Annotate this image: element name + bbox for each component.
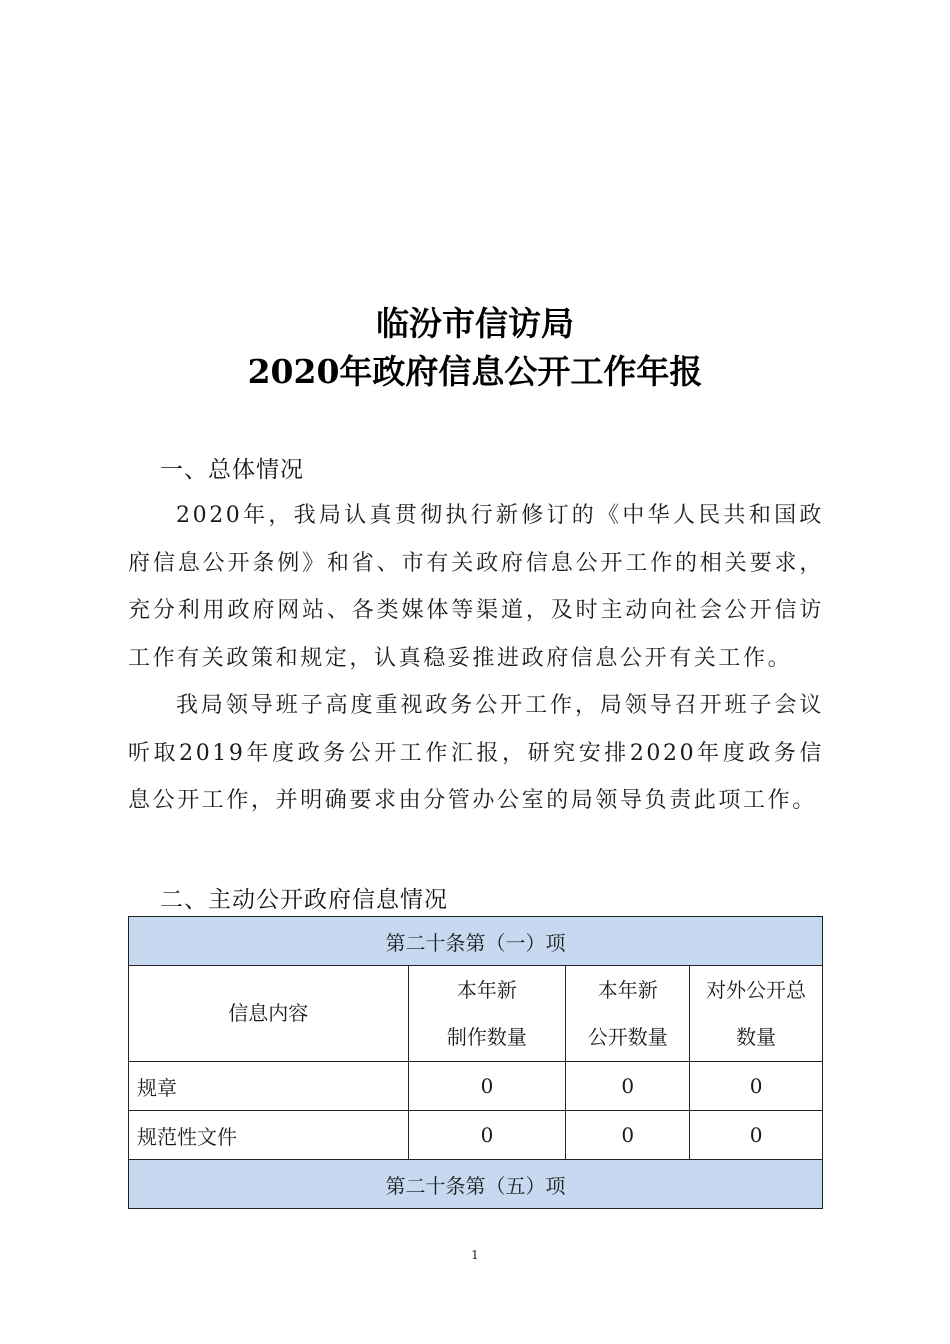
table-row: 规范性文件 0 0 0: [129, 1111, 823, 1160]
page-number: 1: [0, 1248, 950, 1262]
cell-total-published: 0: [690, 1111, 823, 1160]
cell-new-published: 0: [566, 1111, 690, 1160]
column-header-new-published: 本年新 公开数量: [566, 966, 690, 1062]
table-section-row: 第二十条第（一）项: [129, 917, 823, 966]
table-section-title-1: 第二十条第（一）项: [129, 917, 823, 966]
column-header-new-published-line1: 本年新: [574, 967, 681, 1014]
table-row: 规章 0 0 0: [129, 1062, 823, 1111]
column-header-new-made-line2: 制作数量: [417, 1014, 558, 1061]
column-header-total-published-line1: 对外公开总: [698, 967, 814, 1014]
column-header-total-published-line2: 数量: [698, 1014, 814, 1061]
section-heading-proactive-disclosure: 二、主动公开政府信息情况: [160, 881, 448, 914]
column-header-total-published: 对外公开总 数量: [690, 966, 823, 1062]
document-title-line2: 2020年政府信息公开工作年报: [0, 346, 950, 393]
disclosure-table: 第二十条第（一）项 信息内容 本年新 制作数量 本年新 公开数量 对外公开总 数…: [128, 916, 823, 1209]
section-heading-overview: 一、总体情况: [160, 451, 304, 484]
cell-new-made: 0: [408, 1062, 566, 1111]
cell-name: 规章: [129, 1062, 409, 1111]
column-header-new-made: 本年新 制作数量: [408, 966, 566, 1062]
cell-name: 规范性文件: [129, 1111, 409, 1160]
cell-new-made: 0: [408, 1111, 566, 1160]
document-title-line1: 临汾市信访局: [0, 298, 950, 345]
table-header-row: 信息内容 本年新 制作数量 本年新 公开数量 对外公开总 数量: [129, 966, 823, 1062]
cell-new-published: 0: [566, 1062, 690, 1111]
column-header-info-content: 信息内容: [129, 966, 409, 1062]
document-page: 临汾市信访局 2020年政府信息公开工作年报 一、总体情况 2020年，我局认真…: [0, 0, 950, 1344]
table-section-row: 第二十条第（五）项: [129, 1160, 823, 1209]
paragraph-overview-1: 2020年，我局认真贯彻执行新修订的《中华人民共和国政府信息公开条例》和省、市有…: [128, 492, 824, 682]
column-header-new-made-line1: 本年新: [417, 967, 558, 1014]
cell-total-published: 0: [690, 1062, 823, 1111]
paragraph-overview-2: 我局领导班子高度重视政务公开工作，局领导召开班子会议听取2019年度政务公开工作…: [128, 682, 824, 825]
column-header-new-published-line2: 公开数量: [574, 1014, 681, 1061]
table-section-title-2: 第二十条第（五）项: [129, 1160, 823, 1209]
